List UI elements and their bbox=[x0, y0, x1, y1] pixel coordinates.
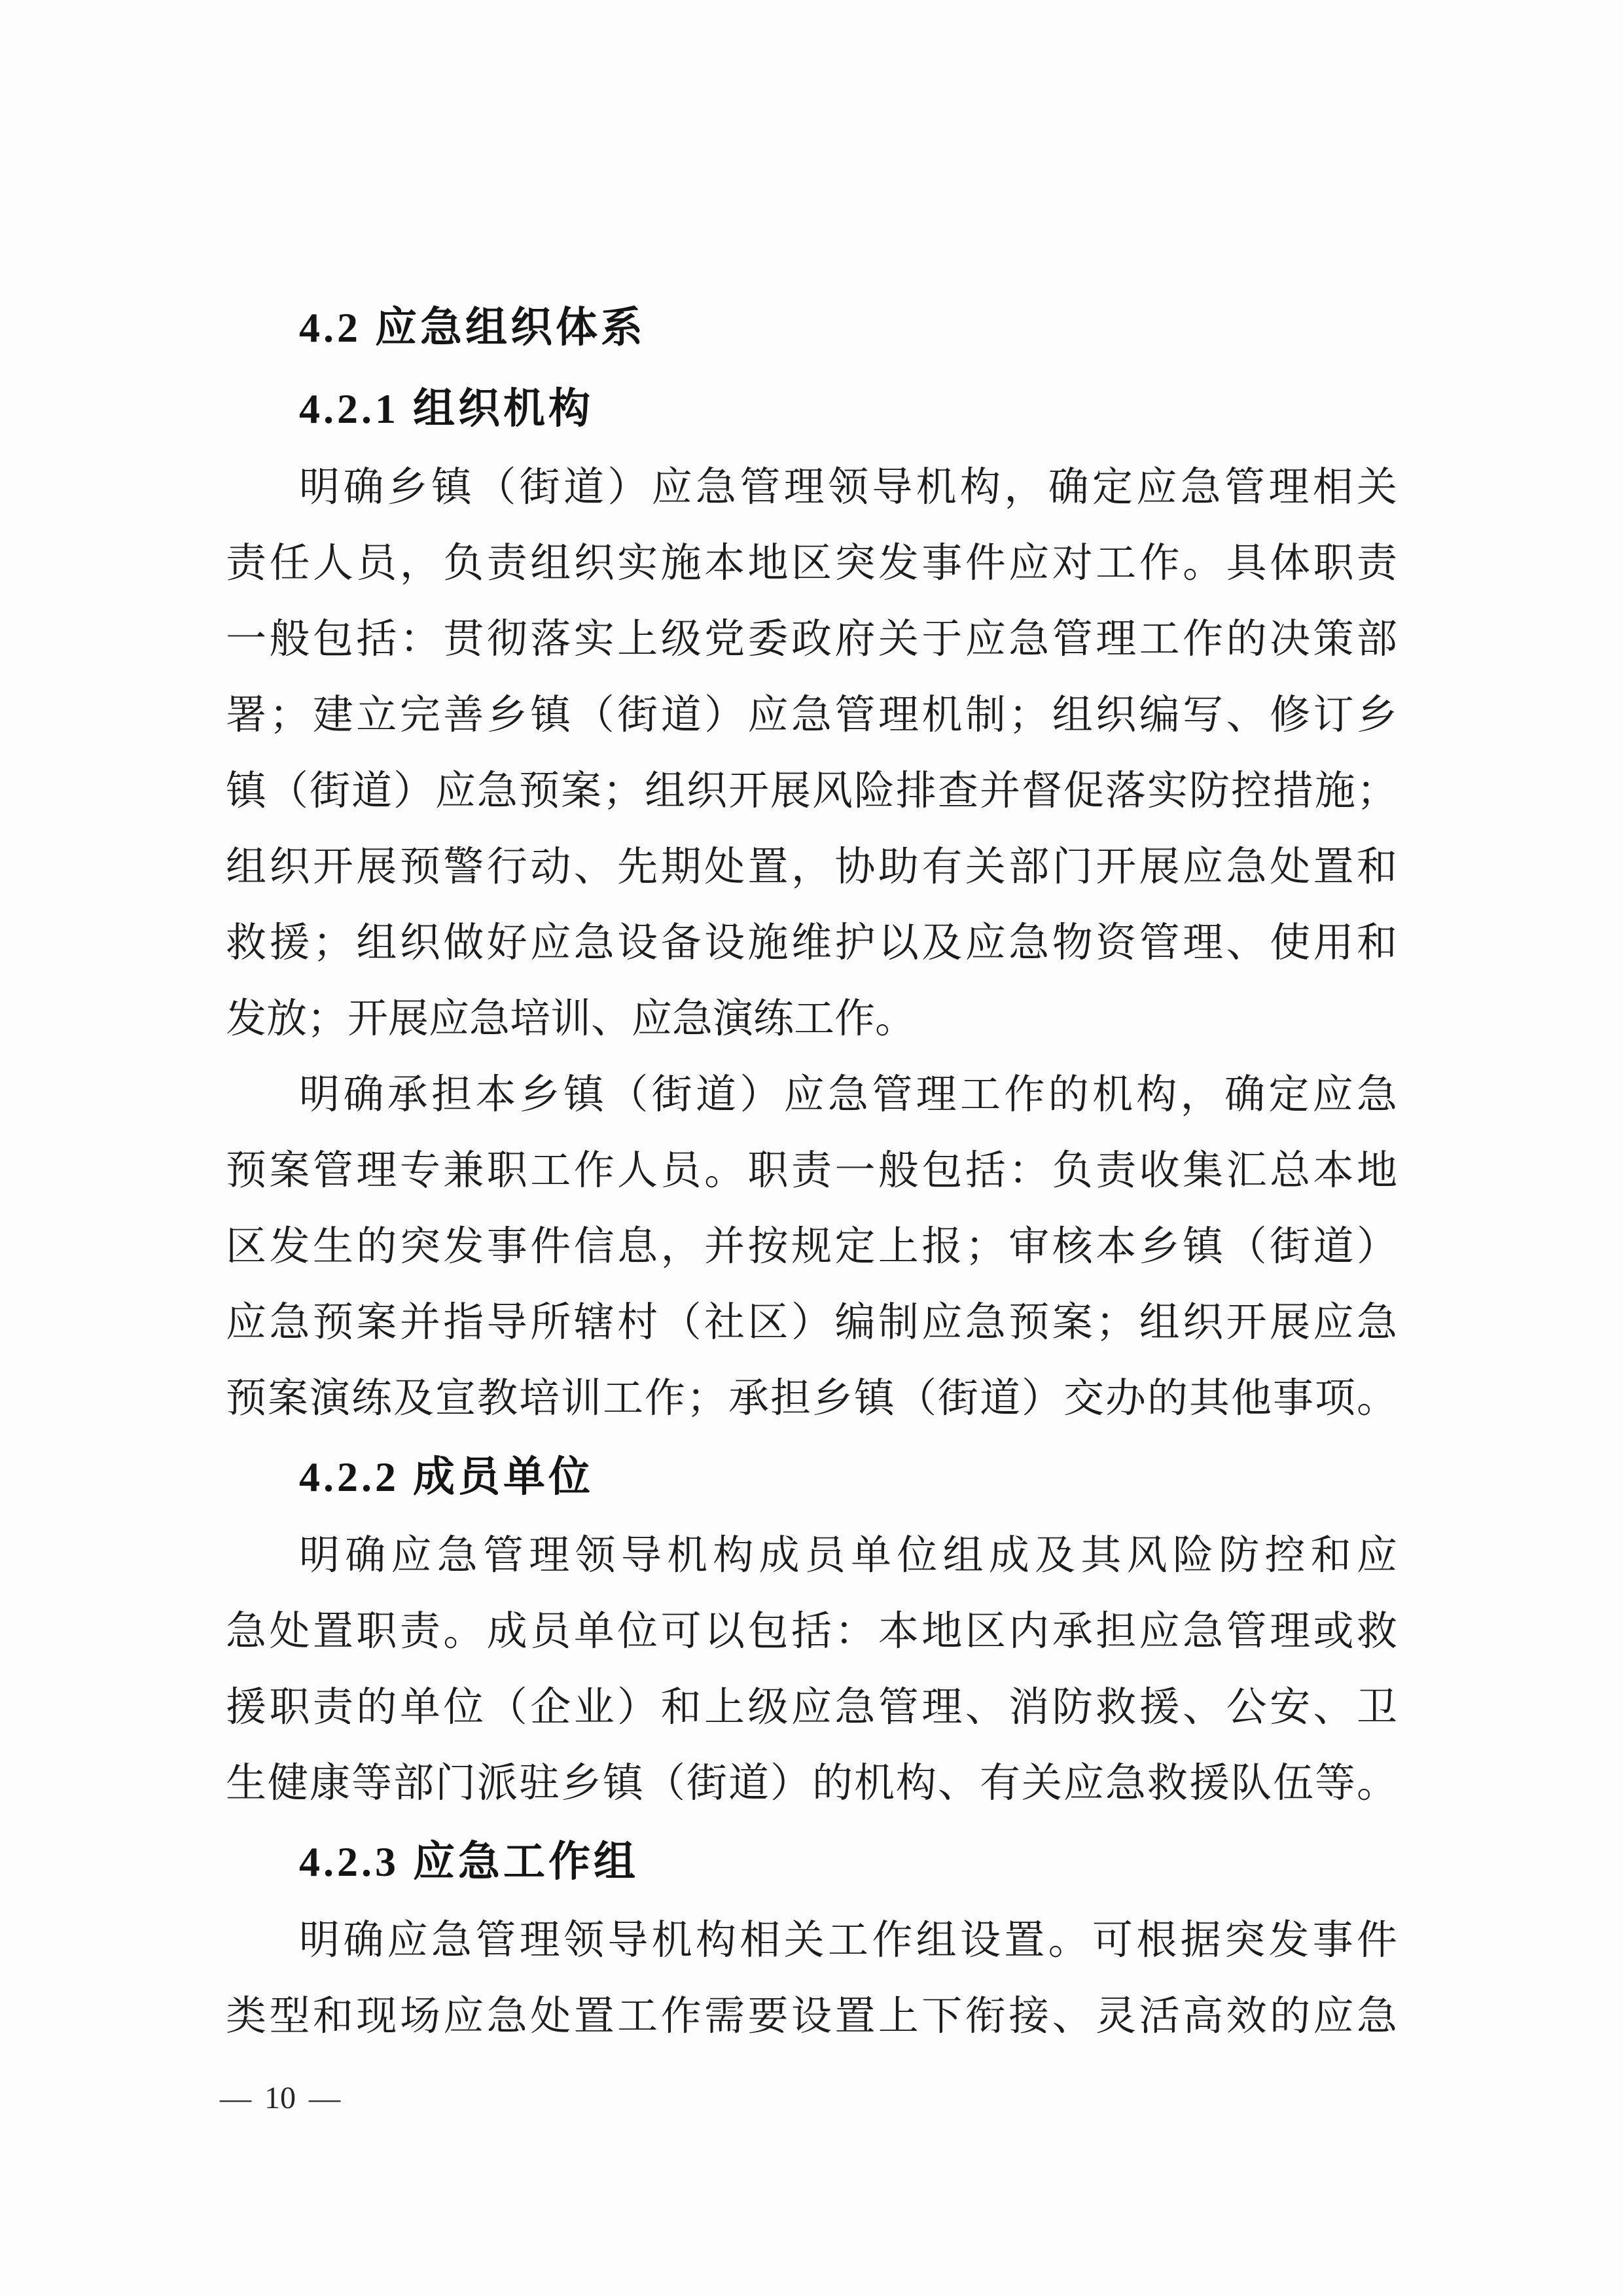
page-footer: — 10 — bbox=[221, 2080, 340, 2116]
paragraph-line: 生健康等部门派驻乡镇（街道）的机构、有关应急救援队伍等。 bbox=[226, 1746, 1397, 1821]
paragraph-line: 署；建立完善乡镇（街道）应急管理机制；组织编写、修订乡 bbox=[226, 677, 1397, 753]
paragraph-line: 明确承担本乡镇（街道）应急管理工作的机构，确定应急 bbox=[226, 1057, 1397, 1133]
paragraph-line: 类型和现场应急处置工作需要设置上下衔接、灵活高效的应急 bbox=[226, 1979, 1397, 2054]
section-heading-4-2-3: 4.2.3 应急工作组 bbox=[226, 1821, 1397, 1903]
paragraph-line: 组织开展预警行动、先期处置，协助有关部门开展应急处置和 bbox=[226, 829, 1397, 905]
section-heading-4-2-2: 4.2.2 成员单位 bbox=[226, 1437, 1397, 1518]
footer-page-number: 10 bbox=[264, 2080, 296, 2116]
paragraph-line: 责任人员，负责组织实施本地区突发事件应对工作。具体职责 bbox=[226, 526, 1397, 601]
paragraph-line: 援职责的单位（企业）和上级应急管理、消防救援、公安、卫 bbox=[226, 1670, 1397, 1746]
section-heading-4-2: 4.2 应急组织体系 bbox=[226, 287, 1397, 368]
paragraph-line: 明确应急管理领导机构成员单位组成及其风险防控和应 bbox=[226, 1518, 1397, 1594]
paragraph-line: 预案演练及宣教培训工作；承担乡镇（街道）交办的其他事项。 bbox=[226, 1361, 1397, 1437]
paragraph-line: 镇（街道）应急预案；组织开展风险排查并督促落实防控措施； bbox=[226, 753, 1397, 829]
footer-dash-left: — bbox=[220, 2081, 251, 2115]
paragraph-line: 救援；组织做好应急设备设施维护以及应急物资管理、使用和 bbox=[226, 905, 1397, 981]
document-page: 4.2 应急组织体系 4.2.1 组织机构 明确乡镇（街道）应急管理领导机构，确… bbox=[0, 0, 1623, 2296]
paragraph-line: 明确应急管理领导机构相关工作组设置。可根据突发事件 bbox=[226, 1903, 1397, 1979]
paragraph-line: 预案管理专兼职工作人员。职责一般包括：负责收集汇总本地 bbox=[226, 1133, 1397, 1209]
section-heading-4-2-1: 4.2.1 组织机构 bbox=[226, 368, 1397, 450]
paragraph-line: 应急预案并指导所辖村（社区）编制应急预案；组织开展应急 bbox=[226, 1285, 1397, 1361]
paragraph-line: 发放；开展应急培训、应急演练工作。 bbox=[226, 981, 1397, 1057]
paragraph-line: 明确乡镇（街道）应急管理领导机构，确定应急管理相关 bbox=[226, 450, 1397, 526]
paragraph-line: 一般包括：贯彻落实上级党委政府关于应急管理工作的决策部 bbox=[226, 601, 1397, 677]
paragraph-line: 区发生的突发事件信息，并按规定上报；审核本乡镇（街道） bbox=[226, 1209, 1397, 1285]
paragraph-line: 急处置职责。成员单位可以包括：本地区内承担应急管理或救 bbox=[226, 1594, 1397, 1670]
page-content: 4.2 应急组织体系 4.2.1 组织机构 明确乡镇（街道）应急管理领导机构，确… bbox=[226, 287, 1397, 2054]
footer-dash-right: — bbox=[309, 2081, 340, 2115]
